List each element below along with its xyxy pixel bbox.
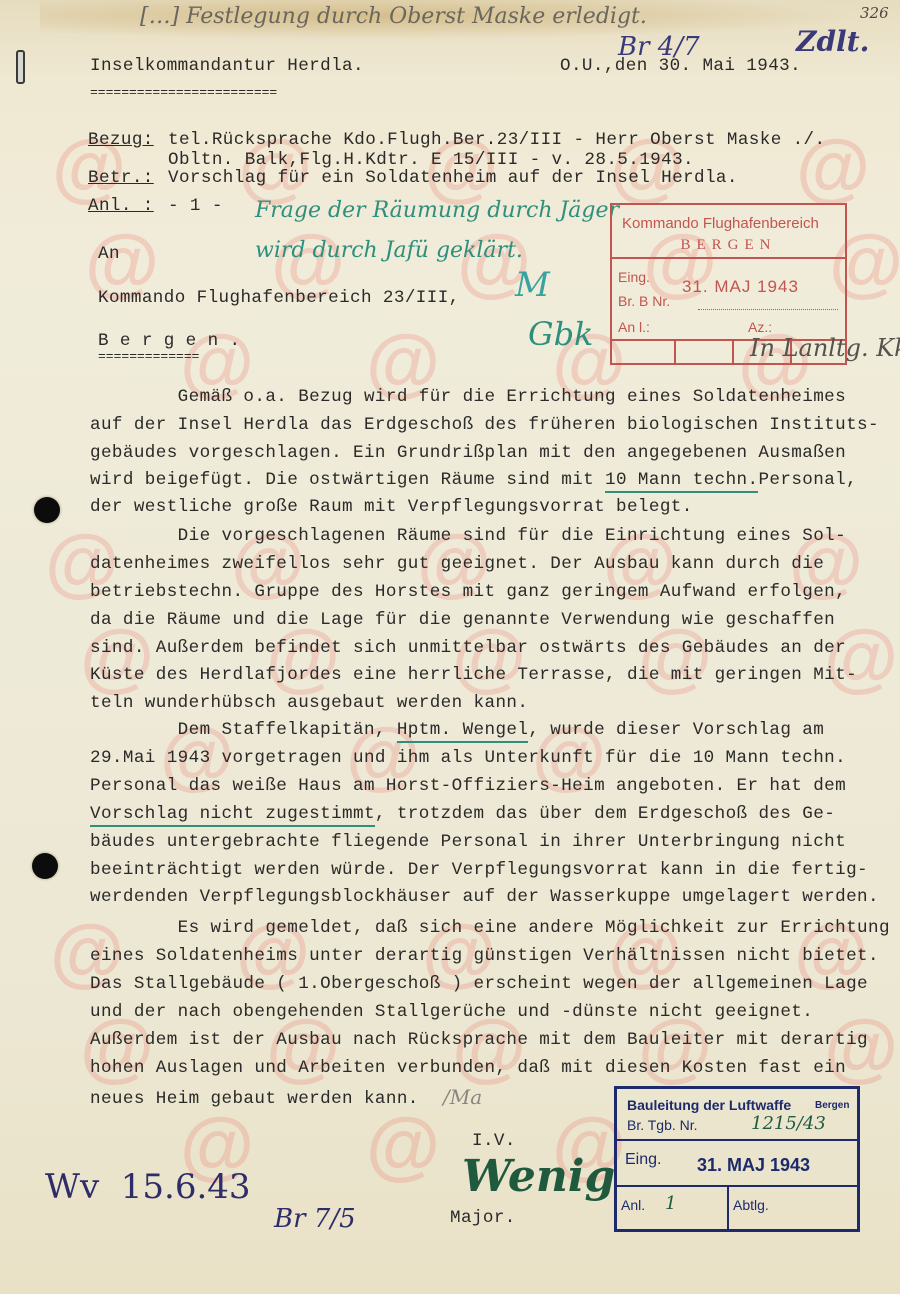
stamp-az-label: Az.:: [748, 319, 772, 335]
stamp-anl-label: An l.:: [618, 319, 650, 335]
body-line: Die vorgeschlagenen Räume sind für die E…: [90, 528, 846, 546]
body-line-part: , trotzdem das über dem Erdgeschoß des G…: [375, 804, 835, 824]
body-line: auf der Insel Herdla das Erdgeschoß des …: [90, 417, 879, 435]
body-line: werdenden Verpflegungsblockhäuser auf de…: [90, 889, 879, 907]
body-line-part: Personal,: [758, 470, 857, 490]
signature-rank: Major.: [450, 1210, 516, 1228]
bauleitung-eing-label: Eing.: [625, 1151, 661, 1169]
body-line: der westliche große Raum mit Verpflegung…: [90, 499, 693, 517]
body-line-part: wird beigefügt. Die ostwärtigen Räume si…: [90, 470, 605, 490]
body-line: teln wunderhübsch ausgebaut werden kann.: [90, 695, 528, 713]
body-line: Personal das weiße Haus am Horst-Offizie…: [90, 778, 846, 796]
body-line: Das Stallgebäude ( 1.Obergeschoß ) ersch…: [90, 976, 868, 994]
recipient-an: An: [98, 246, 120, 264]
bottom-ref: Br 7/5: [274, 1206, 356, 1232]
bauleitung-abtlg-label: Abtlg.: [733, 1197, 769, 1213]
margin-note-line2: wird durch Jafü geklärt.: [255, 240, 523, 262]
signature: Wenig: [462, 1155, 615, 1199]
page-number: 326: [860, 6, 889, 21]
body-line: hohen Auslagen und Arbeiten verbunden, d…: [90, 1060, 846, 1078]
bauleitung-city: Bergen: [815, 1100, 849, 1111]
body-line-part: , wurde dieser Vorschlag am: [528, 720, 824, 740]
margin-initials-1: M: [515, 268, 550, 302]
wiedervorlage-note: Wv 15.6.43: [45, 1170, 251, 1204]
bauleitung-row-header: Bauleitung der Luftwaffe Bergen Br. Tgb.…: [617, 1089, 857, 1141]
bauleitung-date: 31. MAJ 1943: [697, 1155, 810, 1176]
top-ref-2: Zdlt.: [796, 28, 869, 56]
signature-iv: I.V.: [472, 1133, 516, 1151]
body-line: und der nach obengehenden Stallgerüche u…: [90, 1004, 813, 1022]
top-annotation: […] Festlegung durch Oberst Maske erledi…: [140, 6, 647, 28]
sender: Inselkommandantur Herdla.: [90, 58, 364, 76]
margin-initials-2: Gbk: [528, 318, 593, 350]
bauleitung-row-date: Eing. 31. MAJ 1943: [617, 1141, 857, 1187]
punch-hole-bottom: [32, 853, 58, 879]
stamp-eing-label: Eing.: [618, 269, 650, 285]
stamp-city: BERGEN: [612, 237, 845, 254]
stamp-handwriting: In Lanltg. Kk: [750, 336, 900, 360]
bezug-line2: Obltn. Balk,Flg.H.Kdtr. E 15/III - v. 28…: [168, 152, 694, 170]
place-date: O.U.,den 30. Mai 1943.: [560, 58, 801, 76]
body-line: wird beigefügt. Die ostwärtigen Räume si…: [90, 472, 857, 490]
stamp-cell: [732, 341, 734, 365]
recipient-name: Kommando Flughafenbereich 23/III,: [98, 290, 460, 308]
stamp-date: 31. MAJ 1943: [682, 277, 799, 297]
recipient-city-underline: =============: [98, 350, 199, 363]
bauleitung-row-footer: Anl. 1 Abtlg.: [617, 1187, 857, 1229]
stamp-cell: [674, 341, 676, 365]
margin-note-line1: Frage der Räumung durch Jäger: [255, 200, 619, 222]
watermark-icon: @: [366, 1108, 440, 1184]
body-line: 29.Mai 1943 vorgetragen und ihm als Unte…: [90, 750, 846, 768]
bezug-label: Bezug:: [88, 132, 154, 150]
body-line: Gemäß o.a. Bezug wird für die Errichtung…: [90, 389, 846, 407]
body-line: eines Soldatenheims unter derartig günst…: [90, 948, 879, 966]
body-line: neues Heim gebaut werden kann.: [90, 1091, 419, 1109]
bauleitung-anl-value: 1: [665, 1195, 676, 1213]
highlight-nicht-zugestimmt: Vorschlag nicht zugestimmt: [90, 804, 375, 827]
body-line: Vorschlag nicht zugestimmt, trotzdem das…: [90, 806, 835, 824]
body-line: Außerdem ist der Ausbau nach Rücksprache…: [90, 1032, 868, 1050]
bauleitung-tgb-value: 1215/43: [751, 1115, 826, 1133]
bauleitung-tgb-label: Br. Tgb. Nr.: [627, 1117, 698, 1133]
bauleitung-anl-label: Anl.: [621, 1197, 645, 1213]
stamp-title: Kommando Flughafenbereich: [622, 215, 819, 232]
body-line: bäudes untergebrachte fliegende Personal…: [90, 834, 846, 852]
punch-hole-top: [34, 497, 60, 523]
sender-underline: ========================: [90, 86, 277, 99]
anl-text: - 1 -: [168, 198, 223, 216]
staple-mark: [16, 50, 25, 84]
pencil-initials: /Ma: [443, 1087, 482, 1107]
body-line: Es wird gemeldet, daß sich eine andere M…: [90, 920, 890, 938]
body-line: beeinträchtigt werden würde. Der Verpfle…: [90, 862, 868, 880]
betr-label: Betr.:: [88, 170, 154, 188]
body-line: datenheimes zweifellos sehr gut geeignet…: [90, 556, 824, 574]
betr-text: Vorschlag für ein Soldatenheim auf der I…: [168, 170, 738, 188]
body-line: Dem Staffelkapitän, Hptm. Wengel, wurde …: [90, 722, 824, 740]
body-line: sind. Außerdem befindet sich unmittelbar…: [90, 640, 846, 658]
body-line: da die Räume und die Lage für die genann…: [90, 612, 835, 630]
stamp-brb-line: [698, 309, 838, 310]
bauleitung-divider: [727, 1187, 729, 1229]
bezug-line1: tel.Rücksprache Kdo.Flugh.Ber.23/III - H…: [168, 132, 825, 150]
highlight-10-mann: 10 Mann techn.: [605, 470, 758, 493]
bauleitung-title: Bauleitung der Luftwaffe: [627, 1097, 791, 1113]
stamp-header: Kommando Flughafenbereich BERGEN: [612, 205, 845, 259]
stamp-brb-label: Br. B Nr.: [618, 293, 670, 309]
body-line-part: Dem Staffelkapitän,: [90, 720, 397, 740]
body-line: gebäudes vorgeschlagen. Ein Grundrißplan…: [90, 445, 846, 463]
highlight-wengel: Hptm. Wengel: [397, 720, 529, 743]
body-line: Küste des Herdlafjordes eine herrliche T…: [90, 667, 857, 685]
recipient-city: B e r g e n .: [98, 333, 240, 351]
body-line: betriebstechn. Gruppe des Horstes mit ga…: [90, 584, 846, 602]
anl-label: Anl. :: [88, 198, 154, 216]
bauleitung-stamp: Bauleitung der Luftwaffe Bergen Br. Tgb.…: [614, 1086, 860, 1232]
